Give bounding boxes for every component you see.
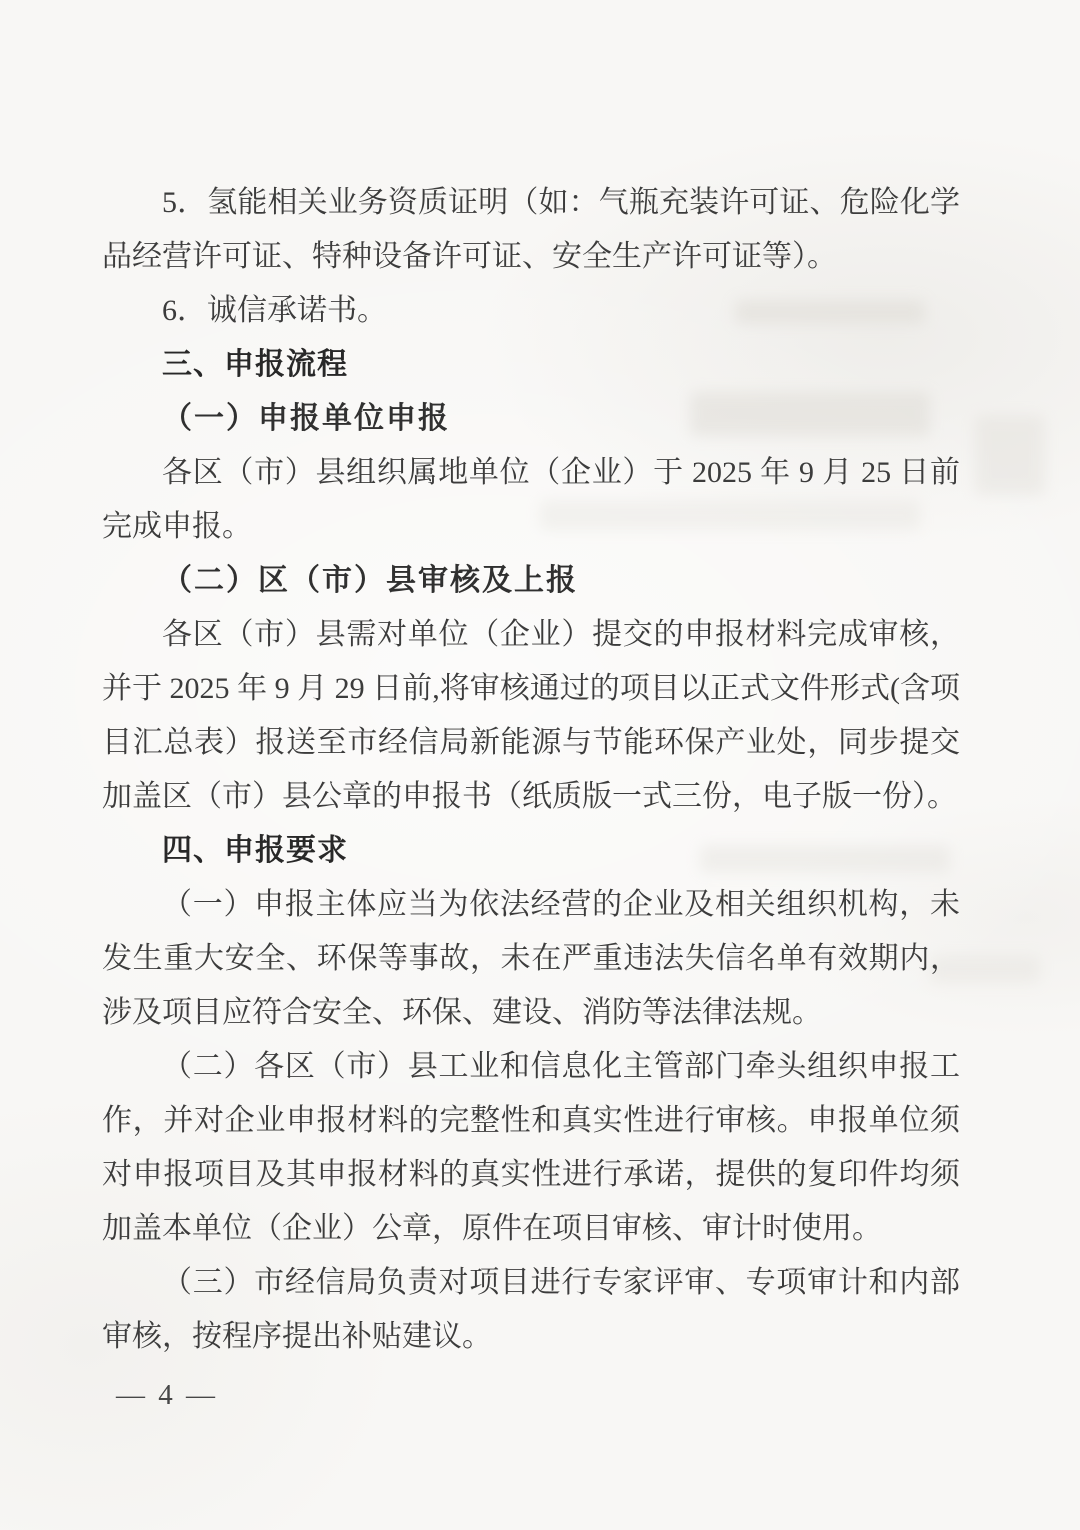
- paragraph-3-2: 各区（市）县需对单位（企业）提交的申报材料完成审核，并于 2025 年 9 月 …: [102, 608, 960, 824]
- list-item-6: 6．诚信承诺书。: [102, 284, 960, 338]
- paragraph-4-3: （三）市经信局负责对项目进行专家评审、专项审计和内部审核，按程序提出补贴建议。: [102, 1256, 960, 1364]
- list-item-5: 5．氢能相关业务资质证明（如：气瓶充装许可证、危险化学品经营许可证、特种设备许可…: [102, 176, 960, 284]
- scanned-document-page: 5．氢能相关业务资质证明（如：气瓶充装许可证、危险化学品经营许可证、特种设备许可…: [0, 0, 1080, 1530]
- paragraph-4-1: （一）申报主体应当为依法经营的企业及相关组织机构，未发生重大安全、环保等事故，未…: [102, 878, 960, 1040]
- scan-smudge: [975, 415, 1045, 495]
- subsection-heading-3-1: （一）申报单位申报: [102, 392, 960, 446]
- page-number: — 4 —: [116, 1368, 218, 1422]
- document-body: 5．氢能相关业务资质证明（如：气瓶充装许可证、危险化学品经营许可证、特种设备许可…: [102, 176, 960, 1364]
- paragraph-4-2: （二）各区（市）县工业和信息化主管部门牵头组织申报工作，并对企业申报材料的完整性…: [102, 1040, 960, 1256]
- section-heading-3: 三、申报流程: [102, 338, 960, 392]
- subsection-heading-3-2: （二）区（市）县审核及上报: [102, 554, 960, 608]
- section-heading-4: 四、申报要求: [102, 824, 960, 878]
- paragraph-3-1: 各区（市）县组织属地单位（企业）于 2025 年 9 月 25 日前完成申报。: [102, 446, 960, 554]
